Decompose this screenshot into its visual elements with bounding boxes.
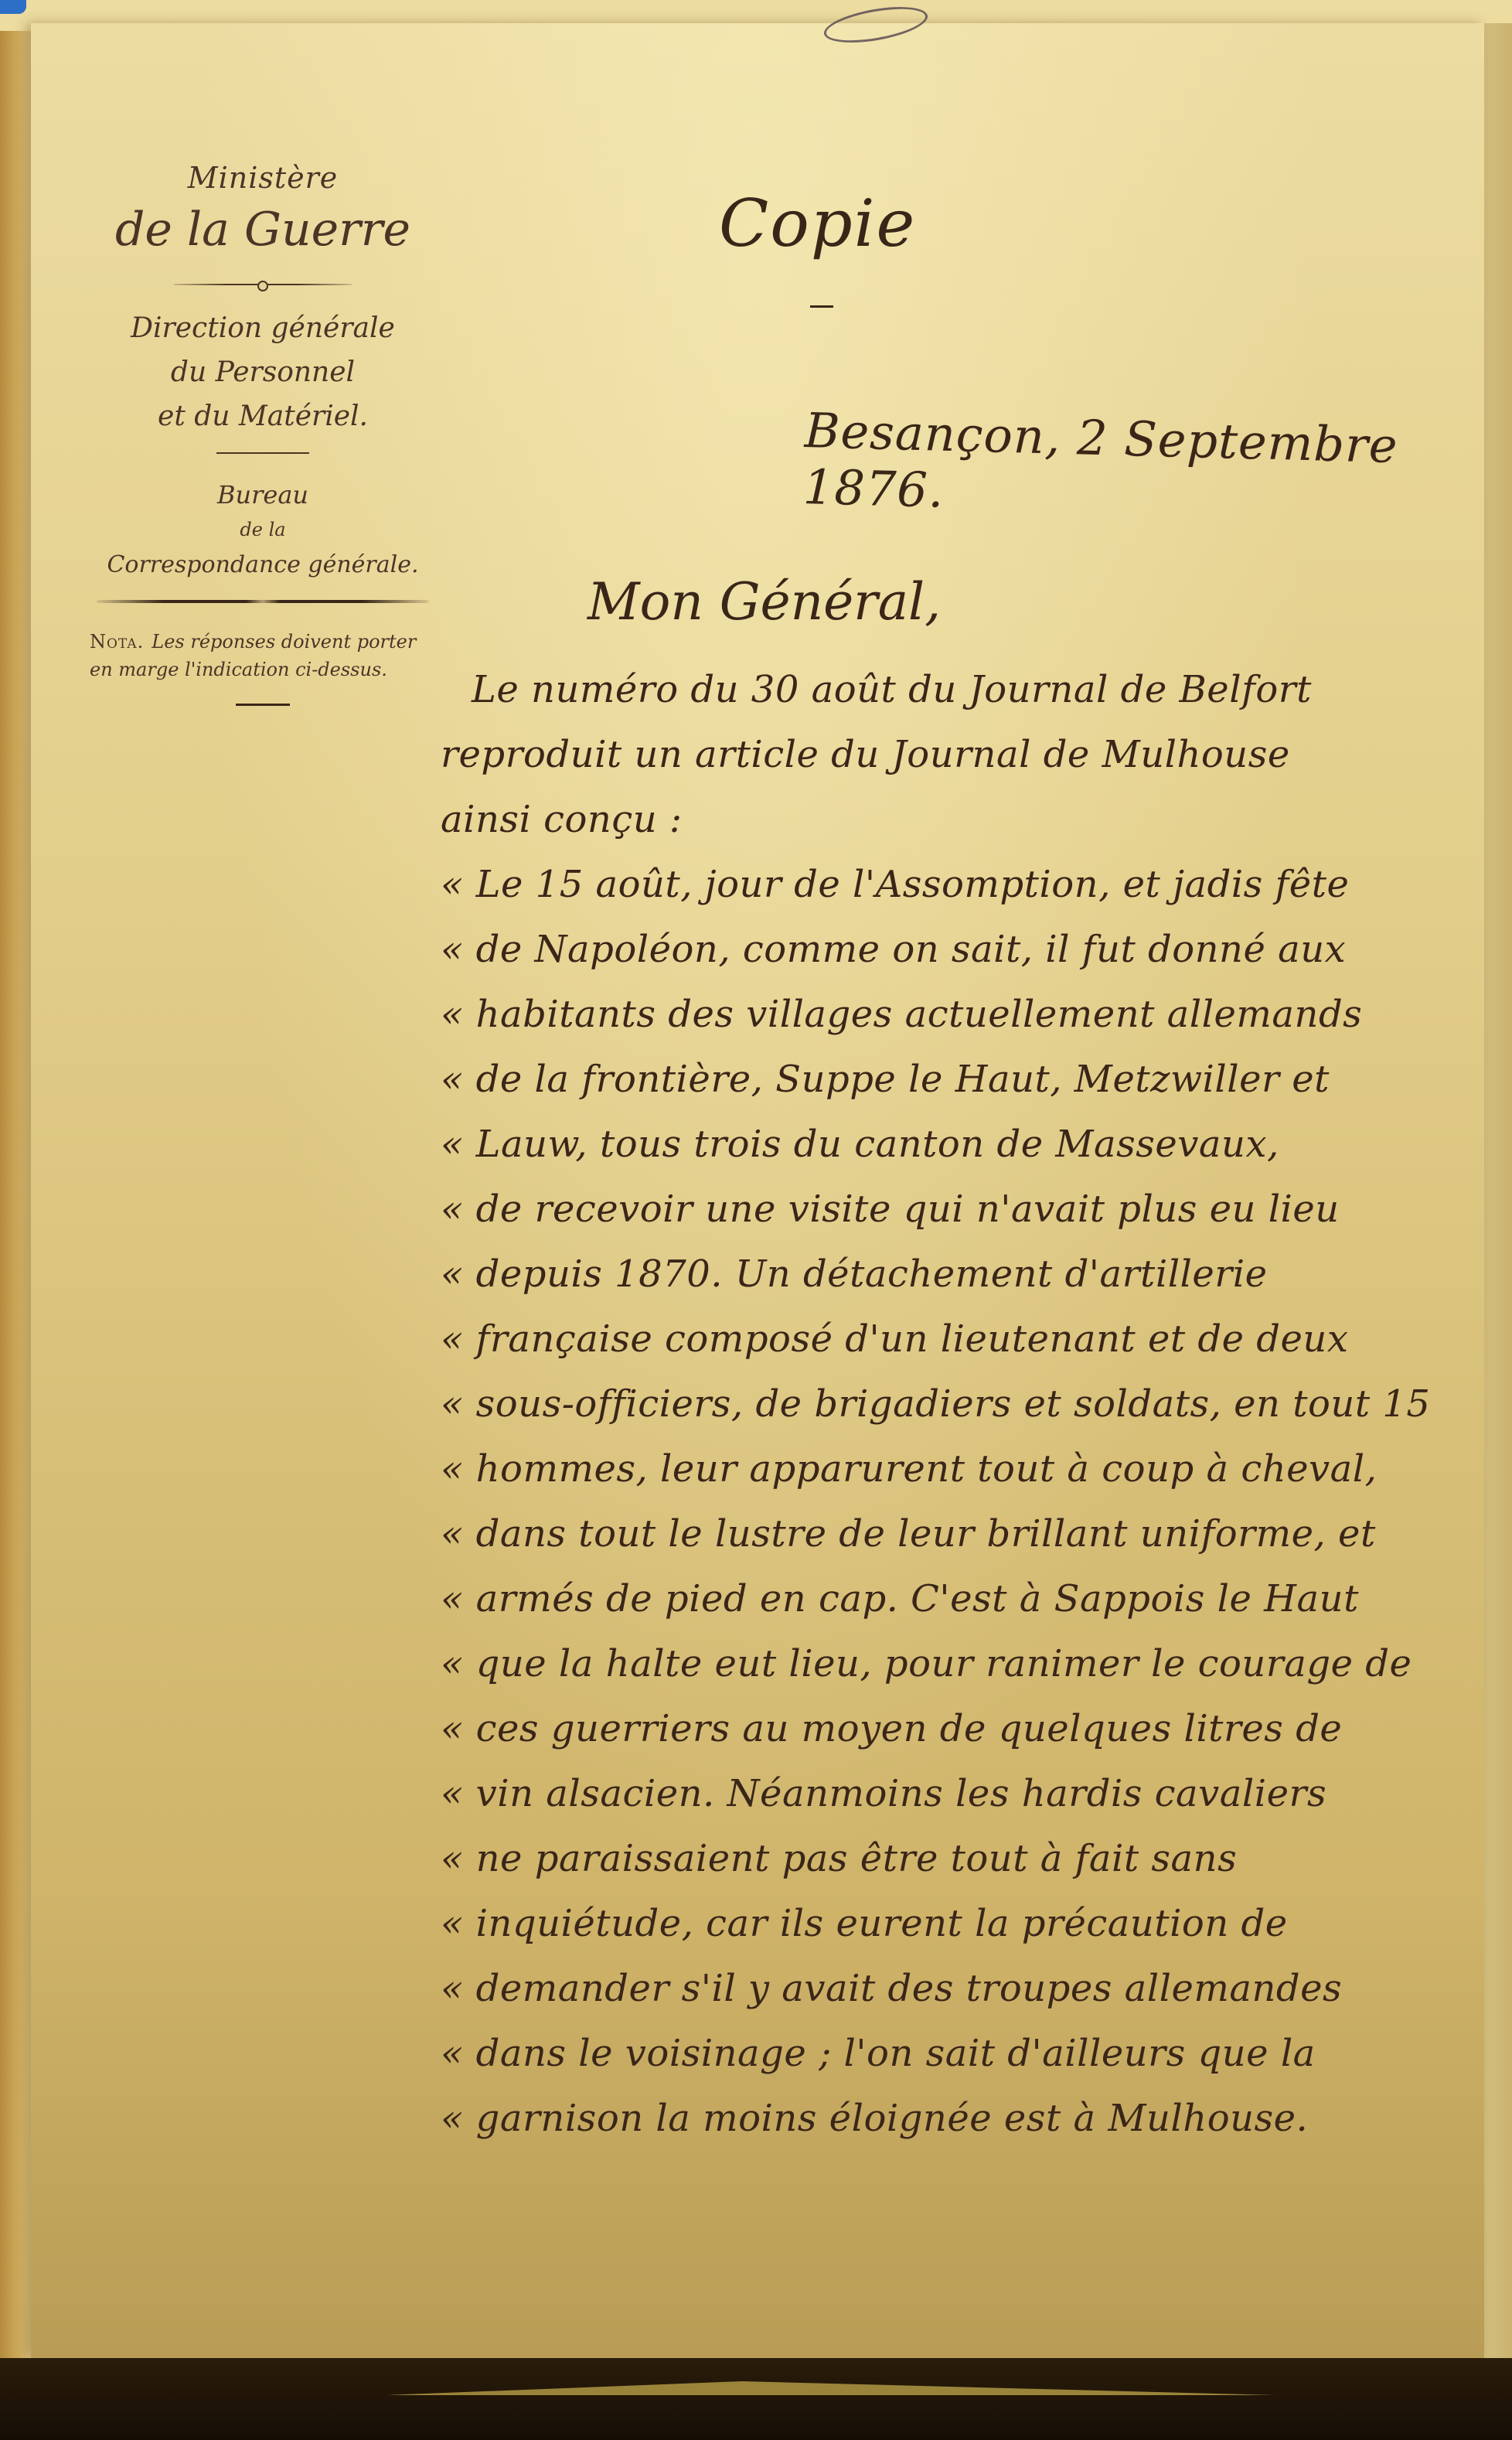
blue-tab-marker	[0, 0, 26, 14]
letterhead-direction: Direction générale	[85, 312, 441, 344]
dateline: Besançon, 2 Septembre 1876.	[802, 402, 1512, 533]
quote-line: « Le 15 août, jour de l'Assomption, et j…	[441, 852, 1461, 917]
quote-line: « Lauw, tous trois du canton de Massevau…	[441, 1112, 1461, 1177]
copie-heading: Copie	[719, 186, 916, 261]
quote-line: « française composé d'un lieutenant et d…	[441, 1307, 1461, 1372]
quote-line: « armés de pied en cap. C'est à Sappois …	[441, 1566, 1461, 1631]
letterhead-materiel: et du Matériel.	[85, 400, 441, 432]
quote-line: « que la halte eut lieu, pour ranimer le…	[441, 1631, 1461, 1696]
letterhead-correspondance: Correspondance générale.	[85, 551, 441, 578]
quote-line: « garnison la moins éloignée est à Mulho…	[441, 2086, 1461, 2151]
quote-line: « de la frontière, Suppe le Haut, Metzwi…	[441, 1047, 1461, 1112]
quote-line: « de Napoléon, comme on sait, il fut don…	[441, 917, 1461, 982]
letterhead: Ministère de la Guerre Direction général…	[85, 155, 441, 706]
letterhead-de-la: de la	[85, 519, 441, 540]
quote-line: « dans tout le lustre de leur brillant u…	[441, 1501, 1461, 1566]
quote-line: « ces guerriers au moyen de quelques lit…	[441, 1696, 1461, 1761]
divider-short	[216, 452, 309, 454]
quote-line: « inquiétude, car ils eurent la précauti…	[441, 1891, 1461, 1956]
nota-label: Nota.	[90, 631, 144, 653]
ornamental-divider	[174, 280, 352, 289]
quote-line: « hommes, leur apparurent tout à coup à …	[441, 1436, 1461, 1501]
quote-line: « vin alsacien. Néanmoins les hardis cav…	[441, 1761, 1461, 1826]
quote-line: « sous-officiers, de brigadiers et solda…	[441, 1372, 1461, 1436]
quote-line: « depuis 1870. Un détachement d'artiller…	[441, 1242, 1461, 1307]
bottom-shadow	[0, 2358, 1512, 2440]
letterhead-personnel: du Personnel	[85, 356, 441, 388]
letter-line: Le numéro du 30 août du Journal de Belfo…	[441, 657, 1461, 722]
copie-dash	[810, 305, 833, 308]
quote-line: « de recevoir une visite qui n'avait plu…	[441, 1177, 1461, 1242]
letter-line: ainsi conçu :	[441, 787, 1461, 852]
letter-line: reproduit un article du Journal de Mulho…	[441, 722, 1461, 787]
letterhead-ministere: Ministère	[85, 161, 441, 195]
quote-line: « dans le voisinage ; l'on sait d'ailleu…	[441, 2021, 1461, 2086]
nota-block: Nota.Les réponses doivent porter en marg…	[85, 628, 441, 683]
quote-line: « habitants des villages actuellement al…	[441, 982, 1461, 1047]
quote-line: « demander s'il y avait des troupes alle…	[441, 1956, 1461, 2021]
quote-line: « ne paraissaient pas être tout à fait s…	[441, 1826, 1461, 1891]
letterhead-bureau: Bureau	[85, 480, 441, 509]
letter-body: Le numéro du 30 août du Journal de Belfo…	[441, 657, 1461, 2151]
divider-long	[97, 600, 429, 603]
binding-edge	[0, 31, 31, 2358]
divider-tiny	[236, 704, 290, 706]
salutation: Mon Général,	[587, 572, 941, 632]
letterhead-de-la-guerre: de la Guerre	[85, 203, 441, 257]
